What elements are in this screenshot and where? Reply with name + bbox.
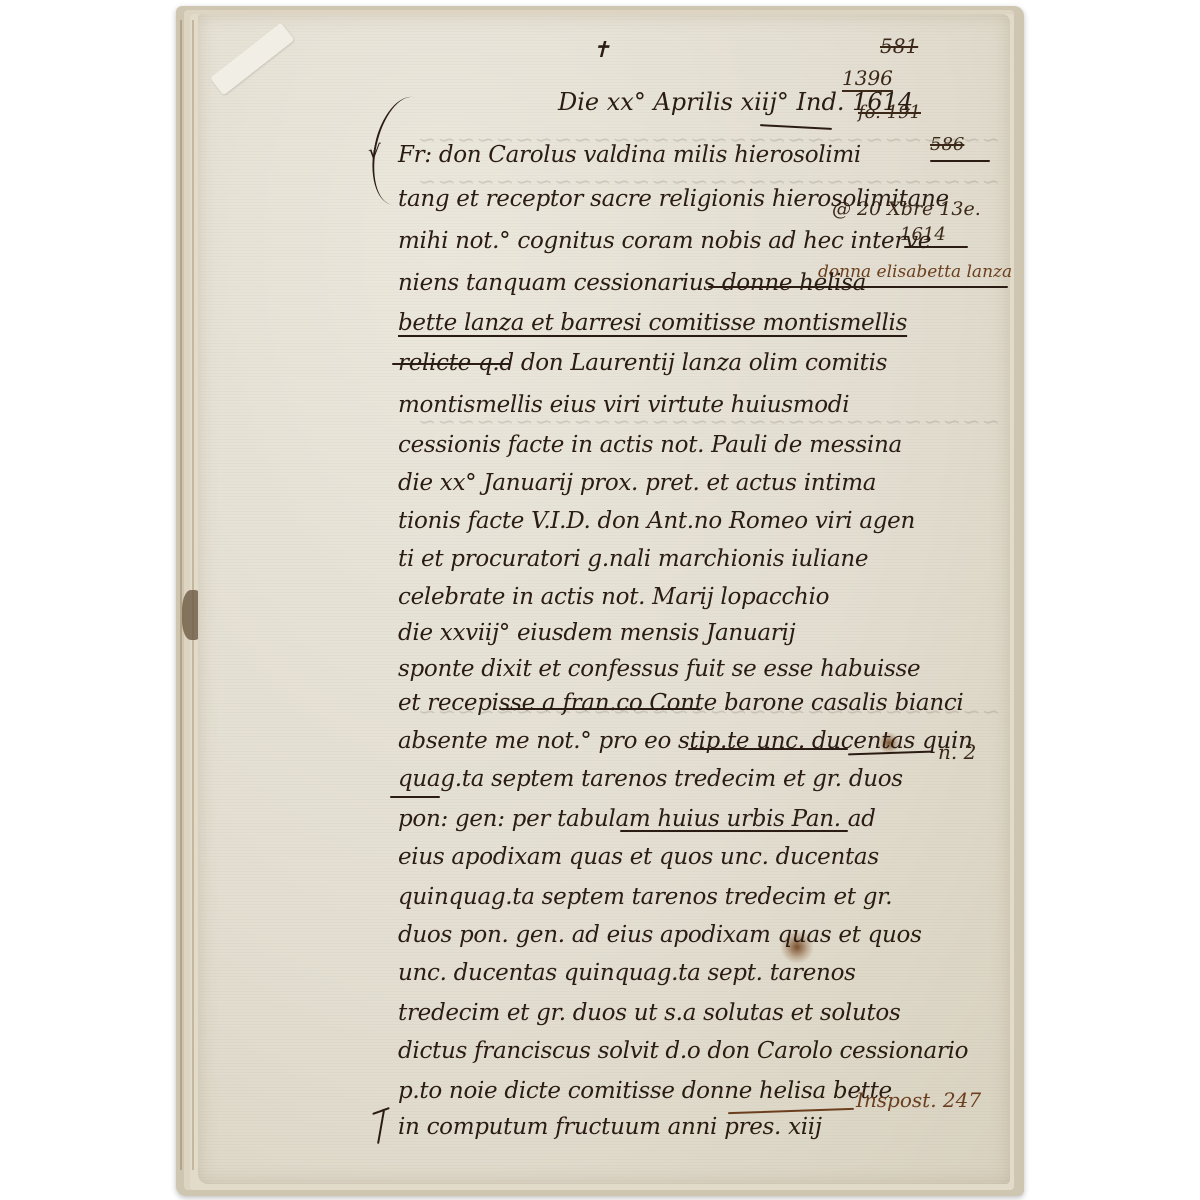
underline (688, 748, 848, 750)
margin-bottom-note: Inspost. 247 (856, 1088, 981, 1112)
margin-numeric-note: n. 2 (938, 740, 976, 764)
underline (708, 286, 1008, 288)
body-line: pon: gen: per tabulam huius urbis Pan. a… (398, 806, 876, 832)
body-line: quinquag.ta septem tarenos tredecim et g… (398, 884, 892, 910)
body-line: et recepisse a fran.co Conte barone casa… (398, 690, 964, 716)
body-line: niens tanquam cessionarius donne helisa (398, 270, 866, 296)
body-line: sponte dixit et confessus fuit se esse h… (398, 656, 920, 682)
body-line: montismellis eius viri virtute huiusmodi (398, 392, 849, 418)
body-line: bette lanza et barresi comitisse montism… (398, 310, 907, 336)
body-line: unc. ducentas quinquag.ta sept. tarenos (398, 960, 856, 986)
body-line: in computum fructuum anni pres. xiij (398, 1114, 822, 1140)
margin-folio: fo. 191 (858, 102, 921, 123)
body-line: die xx° Januarij prox. pret. et actus in… (398, 470, 876, 496)
body-line: duos pon. gen. ad eius apodixam quas et … (398, 922, 922, 948)
underline (500, 708, 700, 710)
body-line: ti et procuratori g.nali marchionis iuli… (398, 546, 868, 572)
margin-number: 581 (880, 34, 918, 58)
body-line: cessionis facte in actis not. Pauli de m… (398, 432, 902, 458)
cross-mark: ✝ (592, 38, 610, 63)
underline (390, 796, 440, 798)
underline (392, 363, 510, 365)
margin-rule (930, 160, 990, 162)
body-line: dictus franciscus solvit d.o don Carolo … (398, 1038, 968, 1064)
body-line: die xxviij° eiusdem mensis Januarij (398, 620, 795, 646)
body-line: mihi not.° cognitus coram nobis ad hec i… (398, 228, 931, 254)
body-line: absente me not.° pro eo stip.te unc. duc… (398, 728, 973, 754)
body-line: Fr: don Carolus valdina milis hierosolim… (398, 142, 861, 168)
body-line: tredecim et gr. duos ut s.a solutas et s… (398, 1000, 901, 1026)
body-line: p.to noie dicte comitisse donne helisa b… (398, 1078, 892, 1104)
margin-number: 586 (930, 134, 964, 155)
underline (620, 830, 848, 832)
body-line: eius apodixam quas et quos unc. ducentas (398, 844, 879, 870)
body-line: celebrate in actis not. Marij lopacchio (398, 584, 829, 610)
body-line: tionis facte V.I.D. don Ant.no Romeo vir… (398, 508, 915, 534)
body-line: tang et receptor sacre religionis hieros… (398, 186, 949, 212)
margin-number: 1396 (842, 66, 893, 90)
body-line: quag.ta septem tarenos tredecim et gr. d… (398, 766, 903, 792)
